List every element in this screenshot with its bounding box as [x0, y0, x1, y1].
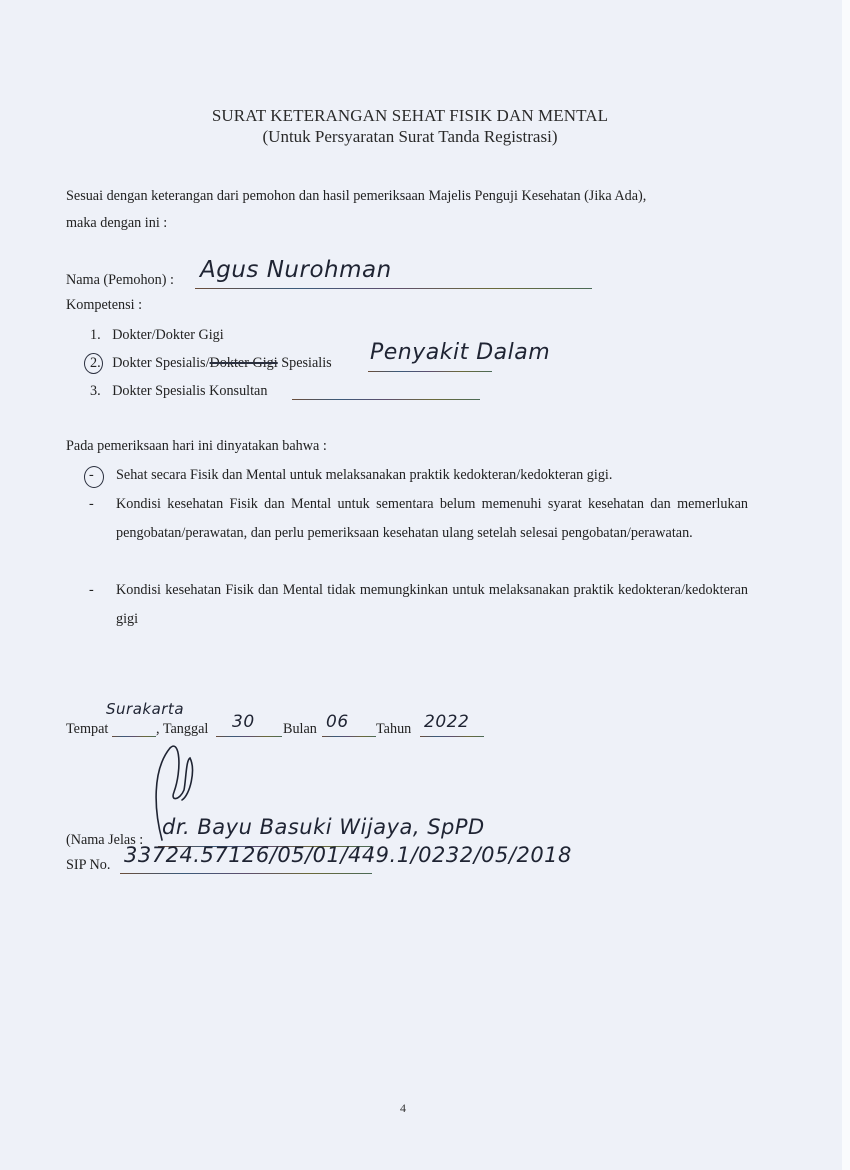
finding-option-1[interactable]: Sehat secara Fisik dan Mental untuk mela…: [116, 467, 612, 484]
scan-edge: [842, 0, 850, 1170]
option-number: 3.: [90, 383, 101, 399]
specialty-underline: [368, 371, 492, 372]
specialty-field[interactable]: Penyakit Dalam: [370, 340, 550, 365]
place-label: Tempat: [66, 721, 108, 738]
applicant-name-field[interactable]: Agus Nurohman: [200, 257, 392, 283]
competence-option-2[interactable]: 2. Dokter Spesialis/Dokter Gigi Spesiali…: [90, 355, 332, 372]
applicant-label: Nama (Pemohon) :: [66, 272, 174, 289]
date-field[interactable]: 30: [232, 712, 255, 732]
year-field[interactable]: 2022: [424, 712, 469, 732]
applicant-underline: [195, 288, 592, 289]
finding-option-2-bullet: -: [89, 496, 94, 513]
option-number: 2.: [90, 355, 101, 371]
year-underline: [420, 736, 484, 737]
document-title: SURAT KETERANGAN SEHAT FISIK DAN MENTAL: [0, 106, 820, 126]
option-text-prefix: Dokter Spesialis/: [112, 355, 209, 371]
intro-line-1: Sesuai dengan keterangan dari pemohon da…: [66, 188, 756, 205]
sip-field[interactable]: 33724.57126/05/01/449.1/0232/05/2018: [124, 843, 572, 867]
findings-label: Pada pemeriksaan hari ini dinyatakan bah…: [66, 438, 327, 455]
finding-option-1-bullet: -: [89, 467, 94, 484]
option-number: 1.: [90, 327, 101, 343]
year-label: Tahun: [376, 721, 411, 738]
place-underline: [112, 736, 156, 737]
competence-option-1[interactable]: 1. Dokter/Dokter Gigi: [90, 327, 224, 344]
competence-option-3[interactable]: 3. Dokter Spesialis Konsultan: [90, 383, 267, 400]
consultant-underline: [292, 399, 480, 400]
finding-option-3-bullet: -: [89, 582, 94, 599]
date-underline: [216, 736, 282, 737]
option-text: Dokter Spesialis Konsultan: [112, 383, 267, 399]
option-text: Dokter/Dokter Gigi: [112, 327, 224, 343]
sip-label: SIP No.: [66, 857, 110, 874]
intro-line-2: maka dengan ini :: [66, 215, 167, 232]
month-field[interactable]: 06: [326, 712, 349, 732]
page-number: 4: [400, 1101, 406, 1116]
place-field[interactable]: Surakarta: [106, 700, 184, 718]
sip-underline: [120, 873, 372, 874]
finding-option-2[interactable]: Kondisi kesehatan Fisik dan Mental untuk…: [116, 490, 748, 548]
option-text-suffix: Spesialis: [278, 355, 332, 371]
finding-option-3[interactable]: Kondisi kesehatan Fisik dan Mental tidak…: [116, 576, 748, 634]
selection-circle-mark: [84, 466, 104, 488]
competence-label: Kompetensi :: [66, 297, 142, 314]
signatory-name-field[interactable]: dr. Bayu Basuki Wijaya, SpPD: [162, 815, 485, 839]
option-text-struck: Dokter Gigi: [210, 355, 278, 371]
date-label: , Tanggal: [156, 721, 208, 738]
month-label: Bulan: [283, 721, 317, 738]
month-underline: [322, 736, 376, 737]
document-subtitle: (Untuk Persyaratan Surat Tanda Registras…: [0, 127, 820, 147]
